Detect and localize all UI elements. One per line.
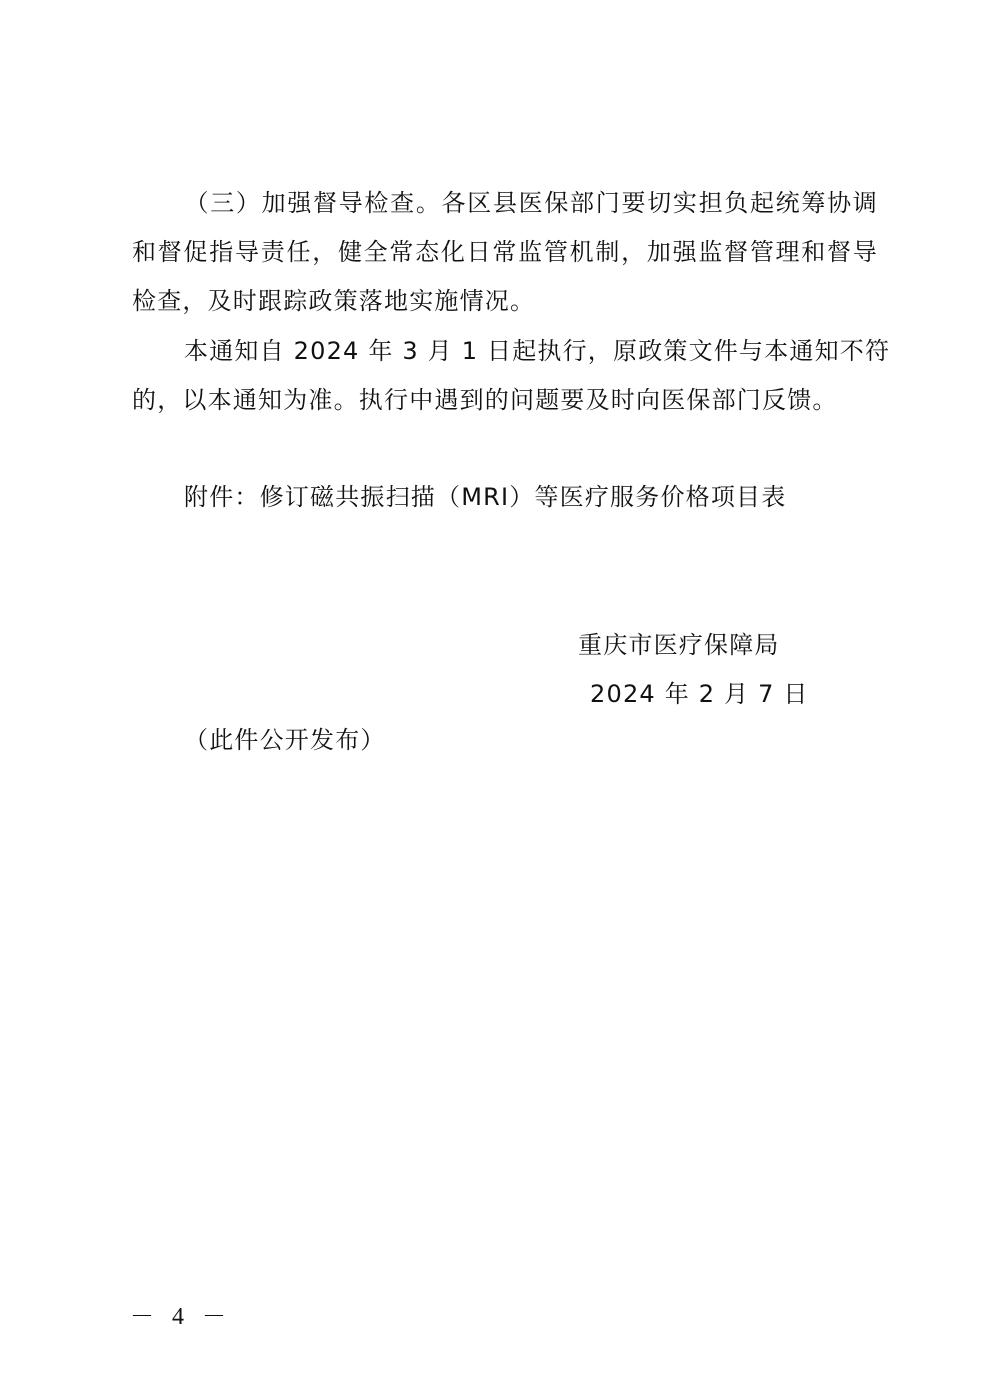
attachment-line: 附件：修订磁共振扫描（MRI）等医疗服务价格项目表 [184, 482, 786, 512]
page-number: － 4 － [130, 1296, 232, 1331]
document-page: （三）加强督导检查。各区县医保部门要切实担负起统筹协调 和督促指导责任，健全常态… [0, 0, 1000, 1398]
effective-line-2: 的，以本通知为准。执行中遇到的问题要及时向医保部门反馈。 [132, 385, 838, 415]
effective-line-1: 本通知自 2024 年 3 月 1 日起执行，原政策文件与本通知不符 [184, 336, 878, 366]
section3-line-3: 检查，及时跟踪政策落地实施情况。 [132, 286, 535, 316]
section3-line-1: （三）加强督导检查。各区县医保部门要切实担负起统筹协调 [132, 188, 878, 218]
section3-line-1-text: （三）加强督导检查。各区县医保部门要切实担负起统筹协调 [184, 189, 878, 217]
issue-date: 2024 年 2 月 7 日 [590, 679, 809, 709]
section3-line-2: 和督促指导责任，健全常态化日常监管机制，加强监督管理和督导 [132, 237, 878, 267]
publication-note: （此件公开发布） [184, 725, 386, 755]
issuer-name: 重庆市医疗保障局 [578, 630, 780, 660]
